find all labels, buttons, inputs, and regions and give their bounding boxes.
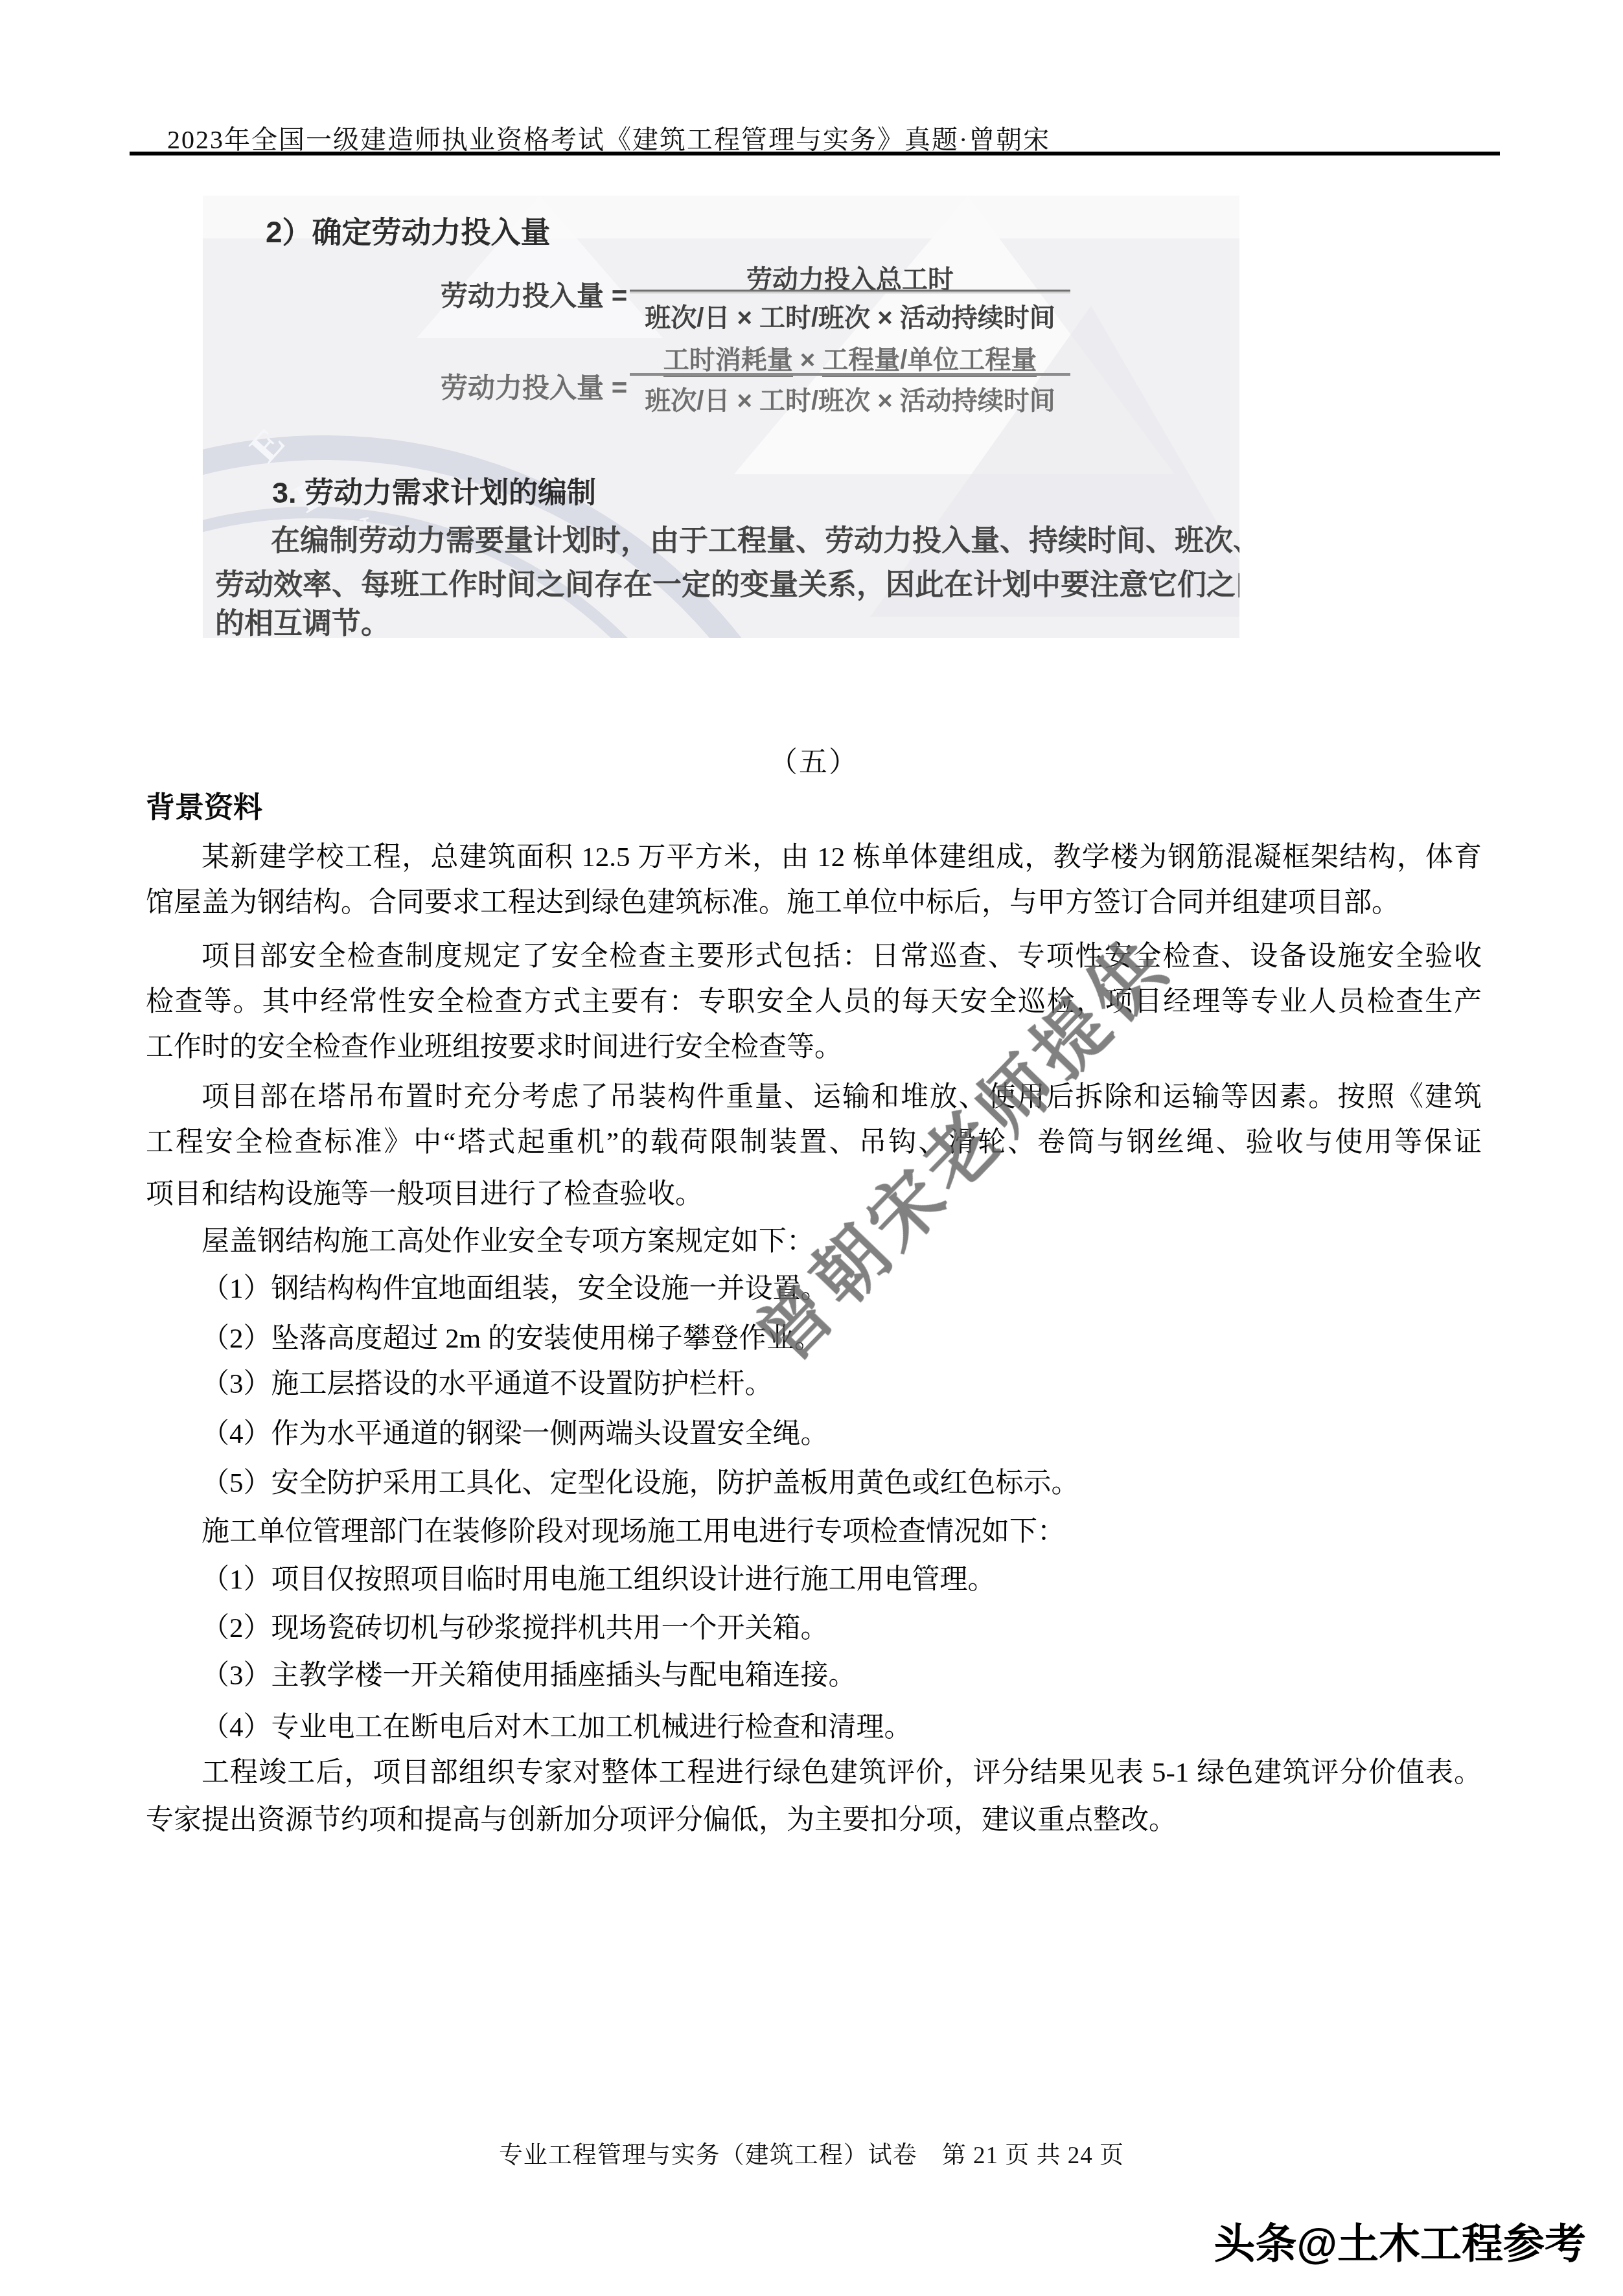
exam-document-page: 2023年全国一级建造师执业资格考试《建筑工程管理与实务》真题·曾朝宋 EDU … (0, 0, 1623, 2296)
slide-para-line: 劳动效率、每班工作时间之间存在一定的变量关系，因此在计划中要注意它们之间 (215, 561, 1239, 603)
body-line: （5）安全防护采用工具化、定型化设施，防护盖板用黄色或红色标示。 (146, 1466, 1482, 1501)
page-footer: 专业工程管理与实务（建筑工程）试卷 第 21 页 共 24 页 (0, 2135, 1623, 2170)
formula-2-denominator: 班次/日 × 工时/班次 × 活动持续时间 (630, 380, 1070, 417)
formula-2-numerator-part2: 工程量/单位工程量 (822, 346, 1037, 377)
formula-slide-image: EDU 2）确定劳动力投入量 劳动力投入量 = 劳动力投入总工时 班次/日 × … (203, 196, 1239, 638)
formula-2-numerator-part1: 工时消耗量 (663, 346, 793, 377)
body-line: 馆屋盖为钢结构。合同要求工程达到绿色建筑标准。施工单位中标后，与甲方签订合同并组… (146, 886, 1482, 921)
formula-1-denominator: 班次/日 × 工时/班次 × 活动持续时间 (630, 297, 1070, 334)
body-line: （3）主教学楼一开关箱使用插座插头与配电箱连接。 (146, 1659, 1482, 1693)
body-line: 某新建学校工程，总建筑面积 12.5 万平方米，由 12 栋单体建组成，教学楼为… (146, 840, 1482, 875)
channel-watermark: 头条@土木工程参考 (1214, 2210, 1586, 2270)
section-number: （五） (146, 739, 1482, 780)
body-line: （1）项目仅按照项目临时用电施工组织设计进行施工用电管理。 (146, 1563, 1482, 1598)
body-line: 工作时的安全检查作业班组按要求时间进行安全检查等。 (146, 1030, 1482, 1065)
formula-1-fraction-bar (630, 290, 1070, 293)
formula-2-times: × (793, 346, 823, 374)
body-line: 检查等。其中经常性安全检查方式主要有：专职安全人员的每天安全巡检，项目经理等专业… (146, 985, 1482, 1020)
section-heading: 背景资料 (146, 784, 262, 826)
body-line: （4）专业电工在断电后对木工加工机械进行检查和清理。 (146, 1710, 1482, 1745)
body-line: 专家提出资源节约项和提高与创新加分项评分偏低，为主要扣分项，建议重点整改。 (146, 1803, 1482, 1838)
body-line: 项目部在塔吊布置时充分考虑了吊装构件重量、运输和堆放、使用后拆除和运输等因素。按… (146, 1080, 1482, 1115)
body-line: 项目和结构设施等一般项目进行了检查验收。 (146, 1177, 1482, 1212)
body-line: 项目部安全检查制度规定了安全检查主要形式包括：日常巡查、专项性安全检查、设备设施… (146, 939, 1482, 974)
slide-para-line: 的相互调节。 (215, 600, 1239, 638)
body-line: 施工单位管理部门在装修阶段对现场施工用电进行专项检查情况如下： (146, 1515, 1482, 1550)
body-line: 工程竣工后，项目部组织专家对整体工程进行绿色建筑评价，评分结果见表 5-1 绿色… (146, 1756, 1482, 1791)
slide-para-line: 在编制劳动力需要量计划时，由于工程量、劳动力投入量、持续时间、班次、 (215, 517, 1239, 559)
formula-2-numerator: 工时消耗量 × 工程量/单位工程量 (630, 339, 1070, 376)
formula-2-label: 劳动力投入量 = (441, 367, 627, 406)
header-rule (130, 152, 1500, 155)
slide-heading-2: 2）确定劳动力投入量 (266, 209, 551, 251)
body-line: （2）现场瓷砖切机与砂浆搅拌机共用一个开关箱。 (146, 1611, 1482, 1646)
body-line: （4）作为水平通道的钢梁一侧两端头设置安全绳。 (146, 1417, 1482, 1452)
slide-heading-3: 3. 劳动力需求计划的编制 (272, 469, 596, 511)
formula-1-label: 劳动力投入量 = (441, 275, 627, 314)
body-line: 工程安全检查标准》中“塔式起重机”的载荷限制装置、吊钩、滑轮、卷筒与钢丝绳、验收… (146, 1125, 1482, 1160)
formula-2-fraction-bar (630, 373, 1070, 376)
body-line: （3）施工层搭设的水平通道不设置防护栏杆。 (146, 1367, 1482, 1402)
page-header-title: 2023年全国一级建造师执业资格考试《建筑工程管理与实务》真题·曾朝宋 (167, 119, 1050, 156)
